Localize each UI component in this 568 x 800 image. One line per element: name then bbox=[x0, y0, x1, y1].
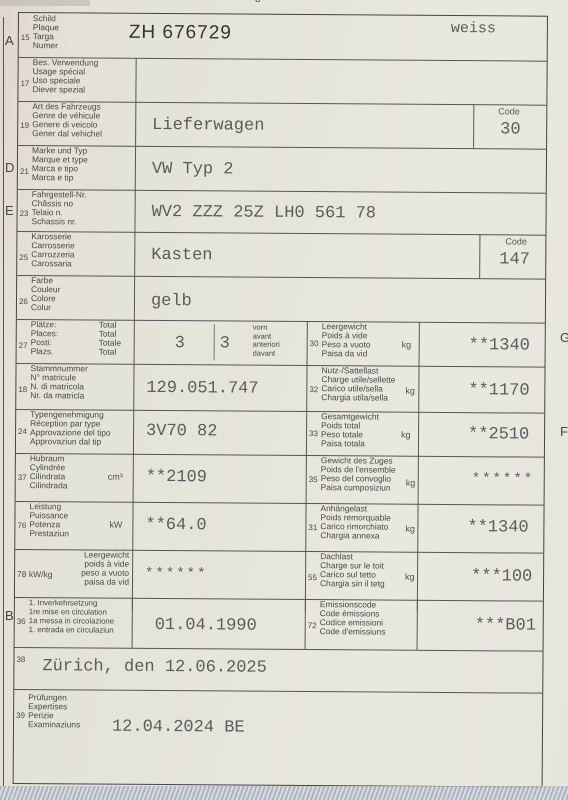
unit: kW/kg bbox=[29, 569, 53, 579]
label-rm: Chargia utila/sella bbox=[321, 393, 395, 403]
divider bbox=[132, 598, 133, 648]
power: **64.0 bbox=[145, 516, 206, 535]
make-and-model: VW Typ 2 bbox=[152, 160, 234, 180]
field-number: 35 bbox=[309, 475, 318, 484]
field-26-label: Farbe Couleur Colore Colur bbox=[31, 276, 61, 313]
field-24-33-row: 24 Typengenehmigung Réception par type A… bbox=[16, 409, 544, 458]
field-15-label: Schild Plaque Targa Numer bbox=[33, 14, 59, 51]
vehicle-type: Lieferwagen bbox=[152, 116, 264, 136]
divider bbox=[473, 104, 474, 148]
divider bbox=[305, 599, 306, 649]
field-33-label: Gesamtgewicht Poids total Peso totale Pa… bbox=[321, 412, 379, 449]
field-18-label: Stammnummer N° matricule N. di matricola… bbox=[30, 364, 88, 401]
field-37-35-row: 37 Hubraum Cylindrée Cilindrata Cilindra… bbox=[16, 453, 544, 506]
field-number: 27 bbox=[19, 341, 28, 350]
issue-place-date: Zürich, den 12.06.2025 bbox=[42, 657, 267, 678]
field-23-label: Fahrgestell-Nr. Châssis no Telaio n. Sch… bbox=[32, 190, 87, 227]
field-37-label: Hubraum Cylindrée Cilindrata Cilindrada bbox=[30, 454, 68, 491]
label-rm: Schassis nr. bbox=[32, 217, 87, 226]
field-30-label: Leergewicht Poids à vide Peso a vuoto Pa… bbox=[322, 322, 371, 359]
seats-total: 3 bbox=[175, 334, 185, 353]
code-label: Code bbox=[505, 236, 527, 246]
plate-number: ZH 676729 bbox=[129, 22, 232, 45]
field-number: 19 bbox=[20, 121, 29, 130]
divider bbox=[214, 324, 215, 360]
payload: **1170 bbox=[468, 381, 529, 400]
label-rm: Plazs. bbox=[31, 347, 59, 356]
field-number: 17 bbox=[20, 79, 29, 88]
label-rm: Code d'emissiuns bbox=[320, 627, 386, 637]
field-number: 15 bbox=[21, 33, 30, 42]
seats-front: 3 bbox=[220, 334, 230, 353]
inspection-date: 12.04.2024 BE bbox=[112, 718, 245, 738]
field-number: 72 bbox=[308, 621, 317, 630]
label-rm: Diever spezial bbox=[32, 85, 98, 95]
field-number: 33 bbox=[309, 429, 318, 438]
field-36-label: 1. Inverkehrsetzung 1re mise en circulat… bbox=[29, 598, 115, 635]
divider bbox=[134, 190, 135, 232]
field-19-label: Art des Fahrzeugs Genre de véhicule Gene… bbox=[32, 102, 102, 139]
section-letter-f: F bbox=[560, 424, 568, 439]
field-76-label: Leistung Puissance Potenza Prestaziun bbox=[29, 502, 69, 539]
label-rm: Chargia annexa bbox=[320, 531, 390, 541]
type-approval: 3V70 82 bbox=[146, 422, 218, 441]
field-55-label: Dachlast Charge sur le toit Carico sul t… bbox=[320, 552, 385, 589]
field-number: 38 bbox=[16, 655, 25, 664]
unit: cm³ bbox=[108, 472, 123, 482]
two-column-section: 27 Plätze: Places: Posti: Plazs. Total T… bbox=[15, 319, 545, 613]
label-rm: Numer bbox=[33, 41, 59, 50]
field-number: 21 bbox=[20, 167, 29, 176]
field-number: 18 bbox=[18, 385, 27, 394]
label-rm: Gener dal vehichel bbox=[32, 129, 102, 139]
field-78-label: Leergewicht poids à vide peso a vuoto pa… bbox=[79, 550, 129, 587]
label-rm: Prestaziun bbox=[29, 529, 69, 538]
divider bbox=[134, 232, 135, 276]
field-number: 26 bbox=[19, 297, 28, 306]
field-17-label: Bes. Verwendung Usage spécial Uso specia… bbox=[32, 58, 98, 95]
label-rm: Nr. da matricla bbox=[30, 391, 87, 400]
unit: kg bbox=[402, 340, 412, 350]
label-rm: paisa da vid bbox=[79, 578, 129, 587]
field-number: 78 bbox=[17, 569, 27, 579]
section-letter-g: G bbox=[560, 330, 568, 345]
train-weight: ****** bbox=[472, 471, 535, 487]
field-24-label: Typengenehmigung Réception par type Appr… bbox=[30, 410, 111, 447]
first-registration-date: 01.04.1990 bbox=[155, 616, 257, 636]
plate-color: weiss bbox=[451, 20, 496, 37]
field-27-30-row: 27 Plätze: Places: Posti: Plazs. Total T… bbox=[17, 319, 545, 368]
field-39-row: 39 Prüfungen Expertises Perizie Examinaz… bbox=[14, 689, 543, 787]
field-23-row: 23 Fahrgestell-Nr. Châssis no Telaio n. … bbox=[17, 189, 545, 236]
master-number: 129.051.747 bbox=[146, 379, 258, 399]
field-17-row: 17 Bes. Verwendung Usage spécial Uso spe… bbox=[18, 57, 546, 106]
field-76-31-row: 76 Leistung Puissance Potenza Prestaziun… bbox=[15, 501, 543, 554]
field-number: 25 bbox=[19, 253, 28, 262]
field-number: 36 bbox=[17, 617, 26, 626]
field-32-label: Nutz-/Sattellast Charge utile/sellette C… bbox=[321, 366, 395, 403]
field-26-row: 26 Farbe Couleur Colore Colur gelb bbox=[17, 275, 545, 324]
label-rm: davant bbox=[253, 349, 280, 358]
field-number: 37 bbox=[18, 473, 27, 482]
curb-weight: **1340 bbox=[469, 336, 530, 355]
section-letter-e: E bbox=[5, 203, 14, 218]
total-weight: **2510 bbox=[468, 425, 529, 444]
unit: kg bbox=[401, 430, 411, 440]
divider bbox=[479, 234, 480, 278]
section-letter-d: D bbox=[5, 160, 14, 175]
power-to-weight: ****** bbox=[145, 566, 208, 582]
trailer-load: **1340 bbox=[467, 518, 528, 537]
divider bbox=[135, 58, 136, 102]
label-rm: Paisa cumposiziun bbox=[321, 483, 396, 493]
field-number: 76 bbox=[17, 521, 26, 530]
code-label: Code bbox=[498, 106, 520, 116]
body-type-code: 147 bbox=[499, 250, 530, 269]
field-27-total-label: Total Total Totale Total bbox=[99, 321, 122, 358]
chassis-number: WV2 ZZZ 25Z LH0 561 78 bbox=[152, 203, 377, 224]
field-number: 24 bbox=[18, 427, 27, 436]
field-number: 32 bbox=[309, 385, 318, 394]
field-number: 30 bbox=[310, 339, 319, 348]
unit: kW bbox=[109, 520, 122, 530]
field-15-row: 15 Schild Plaque Targa Numer ZH 676729 w… bbox=[19, 13, 547, 62]
field-78-number-unit: 78 kW/kg bbox=[17, 569, 53, 579]
unit: kg bbox=[405, 524, 415, 534]
label-rm: Carossaria bbox=[31, 259, 74, 268]
field-31-label: Anhängelast Poids remorquable Carico rim… bbox=[320, 504, 391, 541]
total-rm: Total bbox=[99, 348, 121, 357]
divider bbox=[134, 276, 135, 320]
field-25-label: Karosserie Carrosserie Carrozzeria Caros… bbox=[31, 232, 75, 269]
roof-load: ***100 bbox=[471, 567, 532, 586]
emission-code: ***B01 bbox=[475, 616, 536, 635]
section-letter-b: B bbox=[5, 608, 14, 623]
label-rm: Chargia sin il tetg bbox=[320, 579, 385, 589]
field-21-label: Marke und Typ Marque et type Marca e tip… bbox=[32, 146, 88, 183]
page-number: 3 bbox=[255, 0, 261, 5]
label-rm: Approvaziun dal tip bbox=[30, 437, 111, 447]
field-35-label: Gewicht des Zuges Poids de l'ensemble Pe… bbox=[321, 456, 396, 493]
label-rm: Paisa totala bbox=[321, 439, 379, 448]
field-21-row: 21 Marke und Typ Marque et type Marca e … bbox=[18, 145, 546, 194]
field-19-row: 19 Art des Fahrzeugs Genre de véhicule G… bbox=[18, 101, 546, 150]
label-rm: 1. entrada en circulaziun bbox=[29, 625, 114, 635]
displacement: **2109 bbox=[146, 468, 207, 487]
label-rm: Marca e tip bbox=[32, 173, 88, 182]
divider bbox=[417, 600, 418, 650]
field-18-32-row: 18 Stammnummer N° matricule N. di matric… bbox=[16, 363, 544, 414]
field-25-row: 25 Karosserie Carrosserie Carrozzeria Ca… bbox=[17, 231, 545, 280]
field-72-label: Emissionscode Code émissions Codice emis… bbox=[320, 600, 386, 637]
field-27-label: Plätze: Places: Posti: Plazs. bbox=[31, 320, 59, 357]
field-number: 31 bbox=[308, 523, 317, 532]
field-number: 23 bbox=[20, 209, 29, 218]
field-78-55-row: 78 kW/kg Leergewicht poids à vide peso a… bbox=[15, 549, 543, 602]
seats-front-label: vorn avant anteriori davant bbox=[253, 324, 280, 358]
field-number: 55 bbox=[308, 573, 317, 582]
label-rm: Paisa da vid bbox=[322, 349, 371, 358]
registration-form: 15 Schild Plaque Targa Numer ZH 676729 w… bbox=[13, 12, 548, 788]
vehicle-type-code: 30 bbox=[500, 120, 521, 139]
left-edge-line bbox=[3, 17, 4, 787]
body-type: Kasten bbox=[151, 246, 212, 265]
field-38-row: 38 Zürich, den 12.06.2025 bbox=[14, 647, 542, 694]
divider bbox=[135, 146, 136, 190]
section-letter-a: A bbox=[5, 33, 14, 48]
unit: kg bbox=[405, 572, 415, 582]
color: gelb bbox=[151, 292, 192, 311]
field-number: 39 bbox=[16, 711, 25, 720]
unit: kg bbox=[406, 478, 416, 488]
label-rm: Examinaziuns bbox=[28, 720, 80, 729]
label-rm: Colur bbox=[31, 303, 60, 312]
divider bbox=[135, 102, 136, 146]
background-fabric bbox=[0, 786, 568, 800]
unit: kg bbox=[405, 386, 415, 396]
top-edge-strip bbox=[0, 0, 90, 6]
field-39-label: Prüfungen Expertises Perizie Examinaziun… bbox=[28, 693, 80, 730]
field-36-72-row: 36 1. Inverkehrsetzung 1re mise en circu… bbox=[15, 597, 543, 652]
label-rm: Cilindrada bbox=[30, 481, 68, 490]
